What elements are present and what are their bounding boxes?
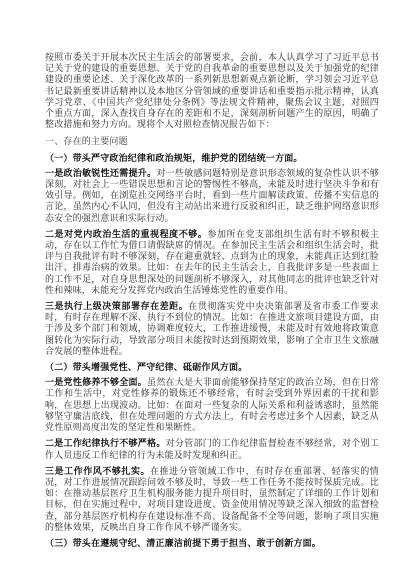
intro-paragraph: 按照市委关于开展本次民主生活会的部署要求，会前，本人认真学习了习近平总书记关于党… <box>45 52 379 130</box>
item-lead: 二是对党内政治生活的重视程度不够。 <box>45 229 207 239</box>
section-title: 一、存在的主要问题 <box>45 136 379 147</box>
subheading: （三）带头在遵规守纪、清正廉洁前提下勇于担当、敢于创新方面。 <box>45 538 379 549</box>
document-text-block: 按照市委关于开展本次民主生活会的部署要求，会前，本人认真学习了习近平总书记关于党… <box>45 52 379 553</box>
item-lead: 一是党性修养不够全面。 <box>45 377 147 387</box>
item-paragraph: 二是对党内政治生活的重视程度不够。参加所在党支部组织生活有时不够积极主动，存在以… <box>45 229 379 296</box>
subheading: （一）带头严守政治纪律和政治规矩，维护党的团结统一方面。 <box>45 153 379 164</box>
document-page: 按照市委关于开展本次民主生活会的部署要求，会前，本人认真学习了习近平总书记关于党… <box>0 0 410 580</box>
subheading: （二）带头增强党性、严守纪律、砥砺作风方面。 <box>45 362 379 373</box>
item-paragraph: 一是党性修养不够全面。虽然在大是大非面前能够保持坚定的政治立场，但在日常工作和生… <box>45 377 379 433</box>
item-paragraph: 一是政治敏锐性还需提升。对一些敏感问题特别是意识形态领域的复杂性认识不够深刻，对… <box>45 168 379 224</box>
item-lead: 一是政治敏锐性还需提升。 <box>45 168 156 178</box>
item-lead: 三是执行上级决策部署存在差距。 <box>45 301 188 311</box>
item-paragraph: 三是工作作风不够扎实。在推进分管领域工作中，有时存在重部署、轻落实的情况，对工作… <box>45 466 379 533</box>
document-blocks: （一）带头严守政治纪律和政治规矩，维护党的团结统一方面。一是政治敏锐性还需提升。… <box>45 153 379 550</box>
item-paragraph: 三是执行上级决策部署存在差距。在贯彻落实党中央决策部署及省市委工作要求时，有时存… <box>45 301 379 357</box>
item-paragraph: 二是工作纪律执行不够严格。对分管部门的工作纪律监督检查不够经常，对个别工作人员违… <box>45 438 379 460</box>
item-lead: 二是工作纪律执行不够严格。 <box>45 438 166 448</box>
item-lead: 三是工作作风不够扎实。 <box>45 466 150 476</box>
